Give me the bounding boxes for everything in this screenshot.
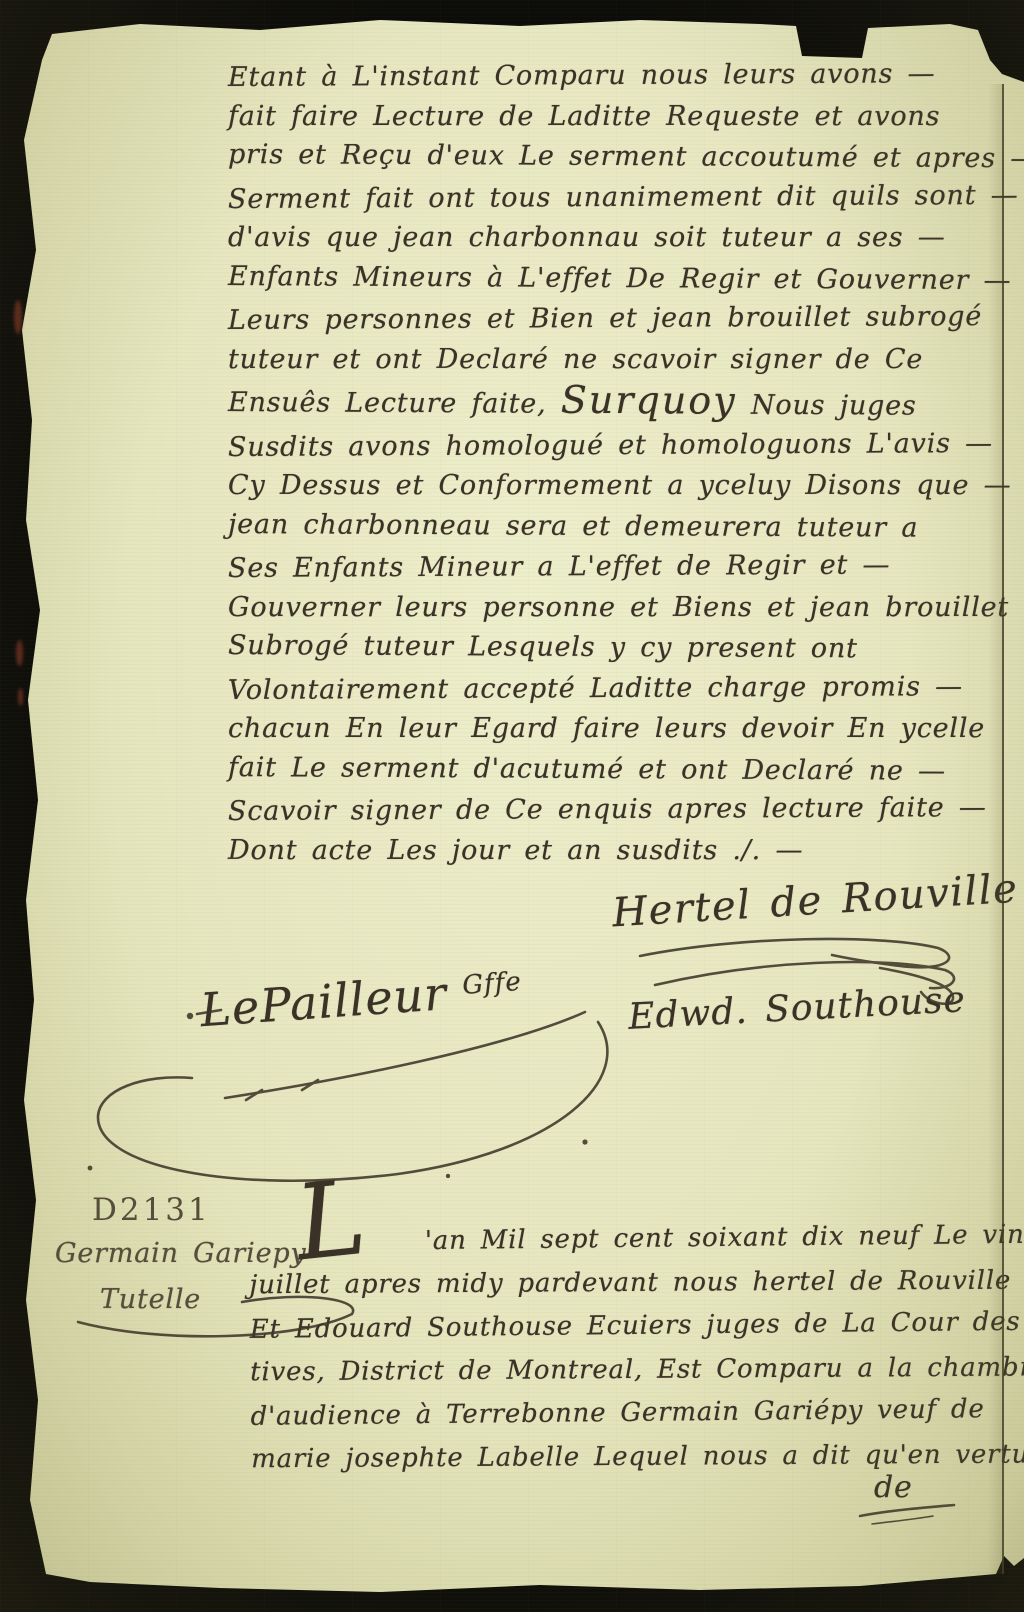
manuscript-paragraph-1: Etant à L'instant Comparu nous leurs avo…	[228, 56, 988, 871]
manuscript-line: Scavoir signer de Ce enquis apres lectur…	[228, 788, 988, 832]
catchword: de	[874, 1470, 913, 1505]
manuscript-line: Et Edouard Southouse Ecuiers juges de La…	[250, 1301, 990, 1352]
manuscript-line: d'avis que jean charbonnau soit tuteur a…	[228, 218, 988, 259]
line-text: Nous juges	[737, 390, 917, 422]
manuscript-line: Ses Enfants Mineur a L'effet de Regir et…	[228, 545, 988, 589]
manuscript-line: Gouverner leurs personne et Biens et jea…	[228, 588, 988, 629]
manuscript-line: Serment fait ont tous unanimement dit qu…	[228, 176, 988, 220]
greffier-abbreviation: Gffe	[461, 967, 522, 1001]
manuscript-line: jean charbonneau sera et demeurera tuteu…	[228, 505, 988, 549]
red-edge-mark	[18, 688, 23, 706]
manuscript-line: tives, District de Montreal, Est Comparu…	[250, 1346, 990, 1394]
margin-note-label: Tutelle	[100, 1284, 201, 1315]
manuscript-line: juillet apres midy pardevant nous hertel…	[249, 1259, 989, 1307]
manuscript-line: fait Le serment d'acutumé et ont Declaré…	[228, 748, 988, 792]
manuscript-line: Subrogé tuteur Lesquels y cy present ont	[228, 626, 988, 670]
manuscript-line: Susdits avons homologué et homologuons L…	[228, 424, 988, 468]
manuscript-line: fait faire Lecture de Laditte Requeste e…	[228, 97, 988, 138]
manuscript-line-surquoy: Ensuês Lecture faite, Surquoy Nous juges	[228, 378, 988, 427]
manuscript-line: chacun En leur Egard faire leurs devoir …	[228, 709, 988, 750]
scanned-manuscript-page: { "document": { "kind": "handwritten man…	[0, 0, 1024, 1612]
manuscript-line: Cy Dessus et Conformement a yceluy Dison…	[228, 466, 988, 507]
manuscript-line: Dont acte Les jour et an susdits ./. —	[228, 831, 988, 872]
line-text: Ensuês Lecture faite,	[228, 387, 561, 420]
manuscript-line: Enfants Mineurs à L'effet De Regir et Go…	[228, 257, 988, 301]
manuscript-line: Leurs personnes et Bien et jean brouille…	[228, 297, 988, 341]
red-edge-mark	[16, 640, 23, 666]
manuscript-paragraph-2: 'an Mil sept cent soixant dix neuf Le vi…	[249, 1214, 992, 1483]
manuscript-line: Volontairement accepté Laditte charge pr…	[228, 667, 988, 711]
manuscript-line: d'audience à Terrebonne Germain Gariépy …	[250, 1388, 990, 1439]
archival-code: D2131	[92, 1192, 211, 1228]
manuscript-line: tuteur et ont Declaré ne scavoir signer …	[228, 340, 988, 381]
manuscript-line: Etant à L'instant Comparu nous leurs avo…	[228, 54, 988, 98]
word-surquoy: Surquoy	[561, 378, 737, 423]
manuscript-line: pris et Reçu d'eux Le serment accoutumé …	[228, 135, 988, 179]
line-text: 'an Mil sept cent soixant dix neuf Le vi…	[425, 1213, 1024, 1264]
manuscript-line: 'an Mil sept cent soixant dix neuf Le vi…	[249, 1214, 989, 1265]
page-edge-line	[1002, 84, 1004, 1574]
red-edge-mark	[14, 300, 22, 334]
